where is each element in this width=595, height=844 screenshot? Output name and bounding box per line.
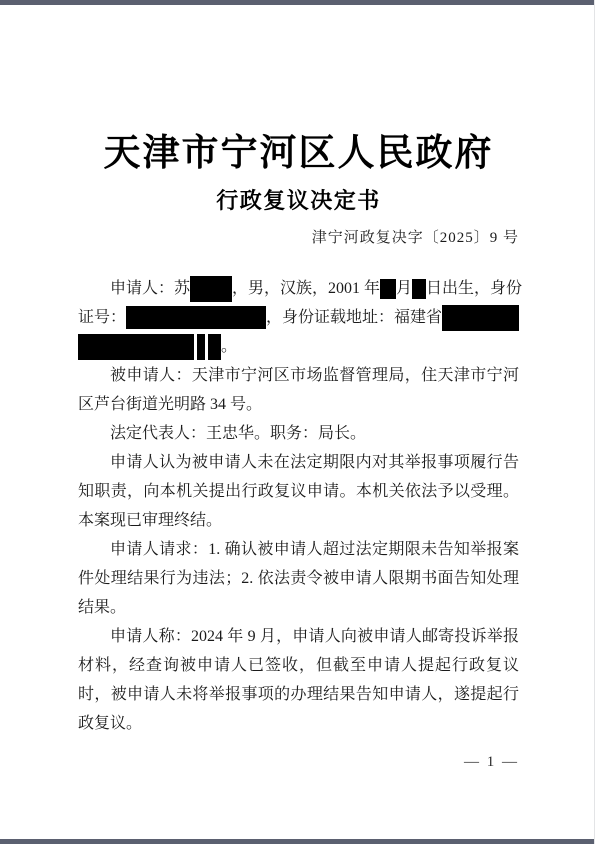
paragraph-text: 日出生，身份: [426, 274, 522, 303]
paragraph-legal-representative: 法定代表人：王忠华。职务：局长。: [78, 419, 519, 448]
paragraph-respondent-info: 被申请人：天津市宁河区市场监督管理局，住天津市宁河区芦台街道光明路 34 号。: [78, 361, 519, 419]
document-body: 申请人：苏，男，汉族，2001 年月日出生，身份证号：，身份证载地址：福建省。被…: [78, 274, 519, 738]
redaction-box: [190, 276, 232, 302]
redaction-box: [208, 334, 221, 360]
redaction-box: [78, 334, 194, 360]
redaction-box: [126, 306, 266, 329]
paragraph-text: 月: [396, 274, 412, 303]
paragraph-applicant-requests: 申请人请求：1. 确认被申请人超过法定期限未告知举报案件处理结果行为违法；2. …: [78, 535, 519, 622]
document-page: 天津市宁河区人民政府 行政复议决定书 津宁河政复决字〔2025〕9 号 申请人：…: [0, 128, 594, 773]
paragraph-text: 申请人：苏: [110, 274, 190, 303]
paragraph-text: ，男，汉族，2001 年: [232, 274, 380, 303]
paragraph-text: ，身份证载地址：福建省: [266, 303, 442, 332]
redaction-box: [197, 334, 205, 360]
paragraph-text: 。: [221, 332, 237, 361]
page-number: — 1 —: [78, 752, 519, 773]
paragraph-case-acceptance: 申请人认为被申请人未在法定期限内对其举报事项履行告知职责，向本机关提出行政复议申…: [78, 448, 519, 535]
document-subtitle: 行政复议决定书: [78, 186, 519, 216]
paragraph-applicant-statement: 申请人称：2024 年 9 月，申请人向被申请人邮寄投诉举报材料，经查询被申请人…: [78, 622, 519, 738]
viewer-top-bar: [0, 0, 595, 5]
viewer-bottom-bar: [0, 839, 595, 844]
applicant-info-line: 证号：，身份证载地址：福建省: [78, 303, 519, 332]
redaction-box: [442, 305, 519, 331]
document-title: 天津市宁河区人民政府: [78, 128, 519, 178]
applicant-info-line: 申请人：苏，男，汉族，2001 年月日出生，身份: [78, 274, 519, 303]
redaction-box: [412, 279, 426, 299]
applicant-info-line: 。: [78, 332, 519, 361]
paragraph-text: 证号：: [78, 303, 126, 332]
doc-number: 津宁河政复决字〔2025〕9 号: [78, 228, 519, 249]
redaction-box: [380, 279, 396, 299]
